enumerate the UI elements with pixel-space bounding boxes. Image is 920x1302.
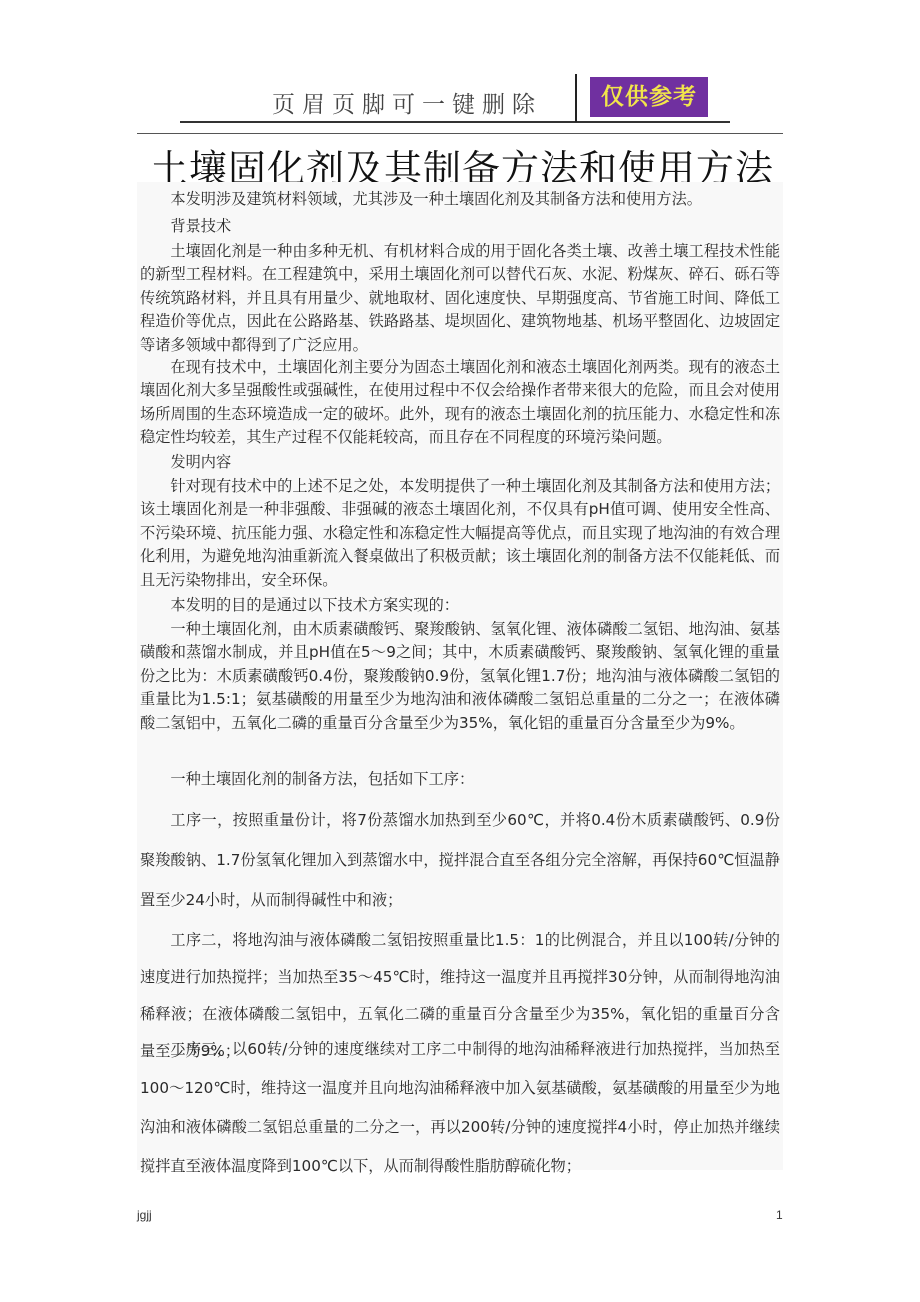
- section-heading: 背景技术: [140, 213, 780, 240]
- header-divider: [575, 74, 577, 122]
- reference-only-badge: 仅供参考: [590, 77, 708, 117]
- paragraph: 针对现有技术中的上述不足之处，本发明提供了一种土壤固化剂及其制备方法和使用方法；…: [140, 475, 780, 592]
- header-rule: [137, 133, 783, 134]
- process-step-1: 工序一，按照重量份计，将7份蒸馏水加热到至少60℃，并将0.4份木质素磺酸钙、0…: [140, 800, 780, 920]
- header-underline: [180, 121, 730, 123]
- paragraph: 一种土壤固化剂，由木质素磺酸钙、聚羧酸钠、氢氧化锂、液体磷酸二氢铝、地沟油、氨基…: [140, 618, 780, 735]
- paragraph: 土壤固化剂是一种由多种无机、有机材料合成的用于固化各类土壤、改善土壤工程技术性能…: [140, 240, 780, 357]
- paragraph: 在现有技术中，土壤固化剂主要分为固态土壤固化剂和液态土壤固化剂两类。现有的液态土…: [140, 356, 780, 450]
- section-heading: 发明内容: [140, 449, 780, 476]
- paragraph: 本发明涉及建筑材料领域，尤其涉及一种土壤固化剂及其制备方法和使用方法。: [140, 186, 780, 213]
- document-body: 本发明涉及建筑材料领域，尤其涉及一种土壤固化剂及其制备方法和使用方法。 背景技术…: [137, 182, 783, 1170]
- page-header: 页眉页脚可一键删除 仅供参考: [0, 0, 920, 140]
- paragraph: 本发明的目的是通过以下技术方案实现的：: [140, 592, 780, 619]
- paragraph: 一种土壤固化剂的制备方法，包括如下工序：: [140, 766, 780, 793]
- process-step-3: 工序三，以60转/分钟的速度继续对工序二中制得的地沟油稀释液进行加热搅拌，当加热…: [140, 1030, 780, 1186]
- page-number: 1: [776, 1208, 783, 1222]
- footer-label: jgjj: [137, 1208, 152, 1222]
- header-text: 页眉页脚可一键删除: [272, 86, 542, 119]
